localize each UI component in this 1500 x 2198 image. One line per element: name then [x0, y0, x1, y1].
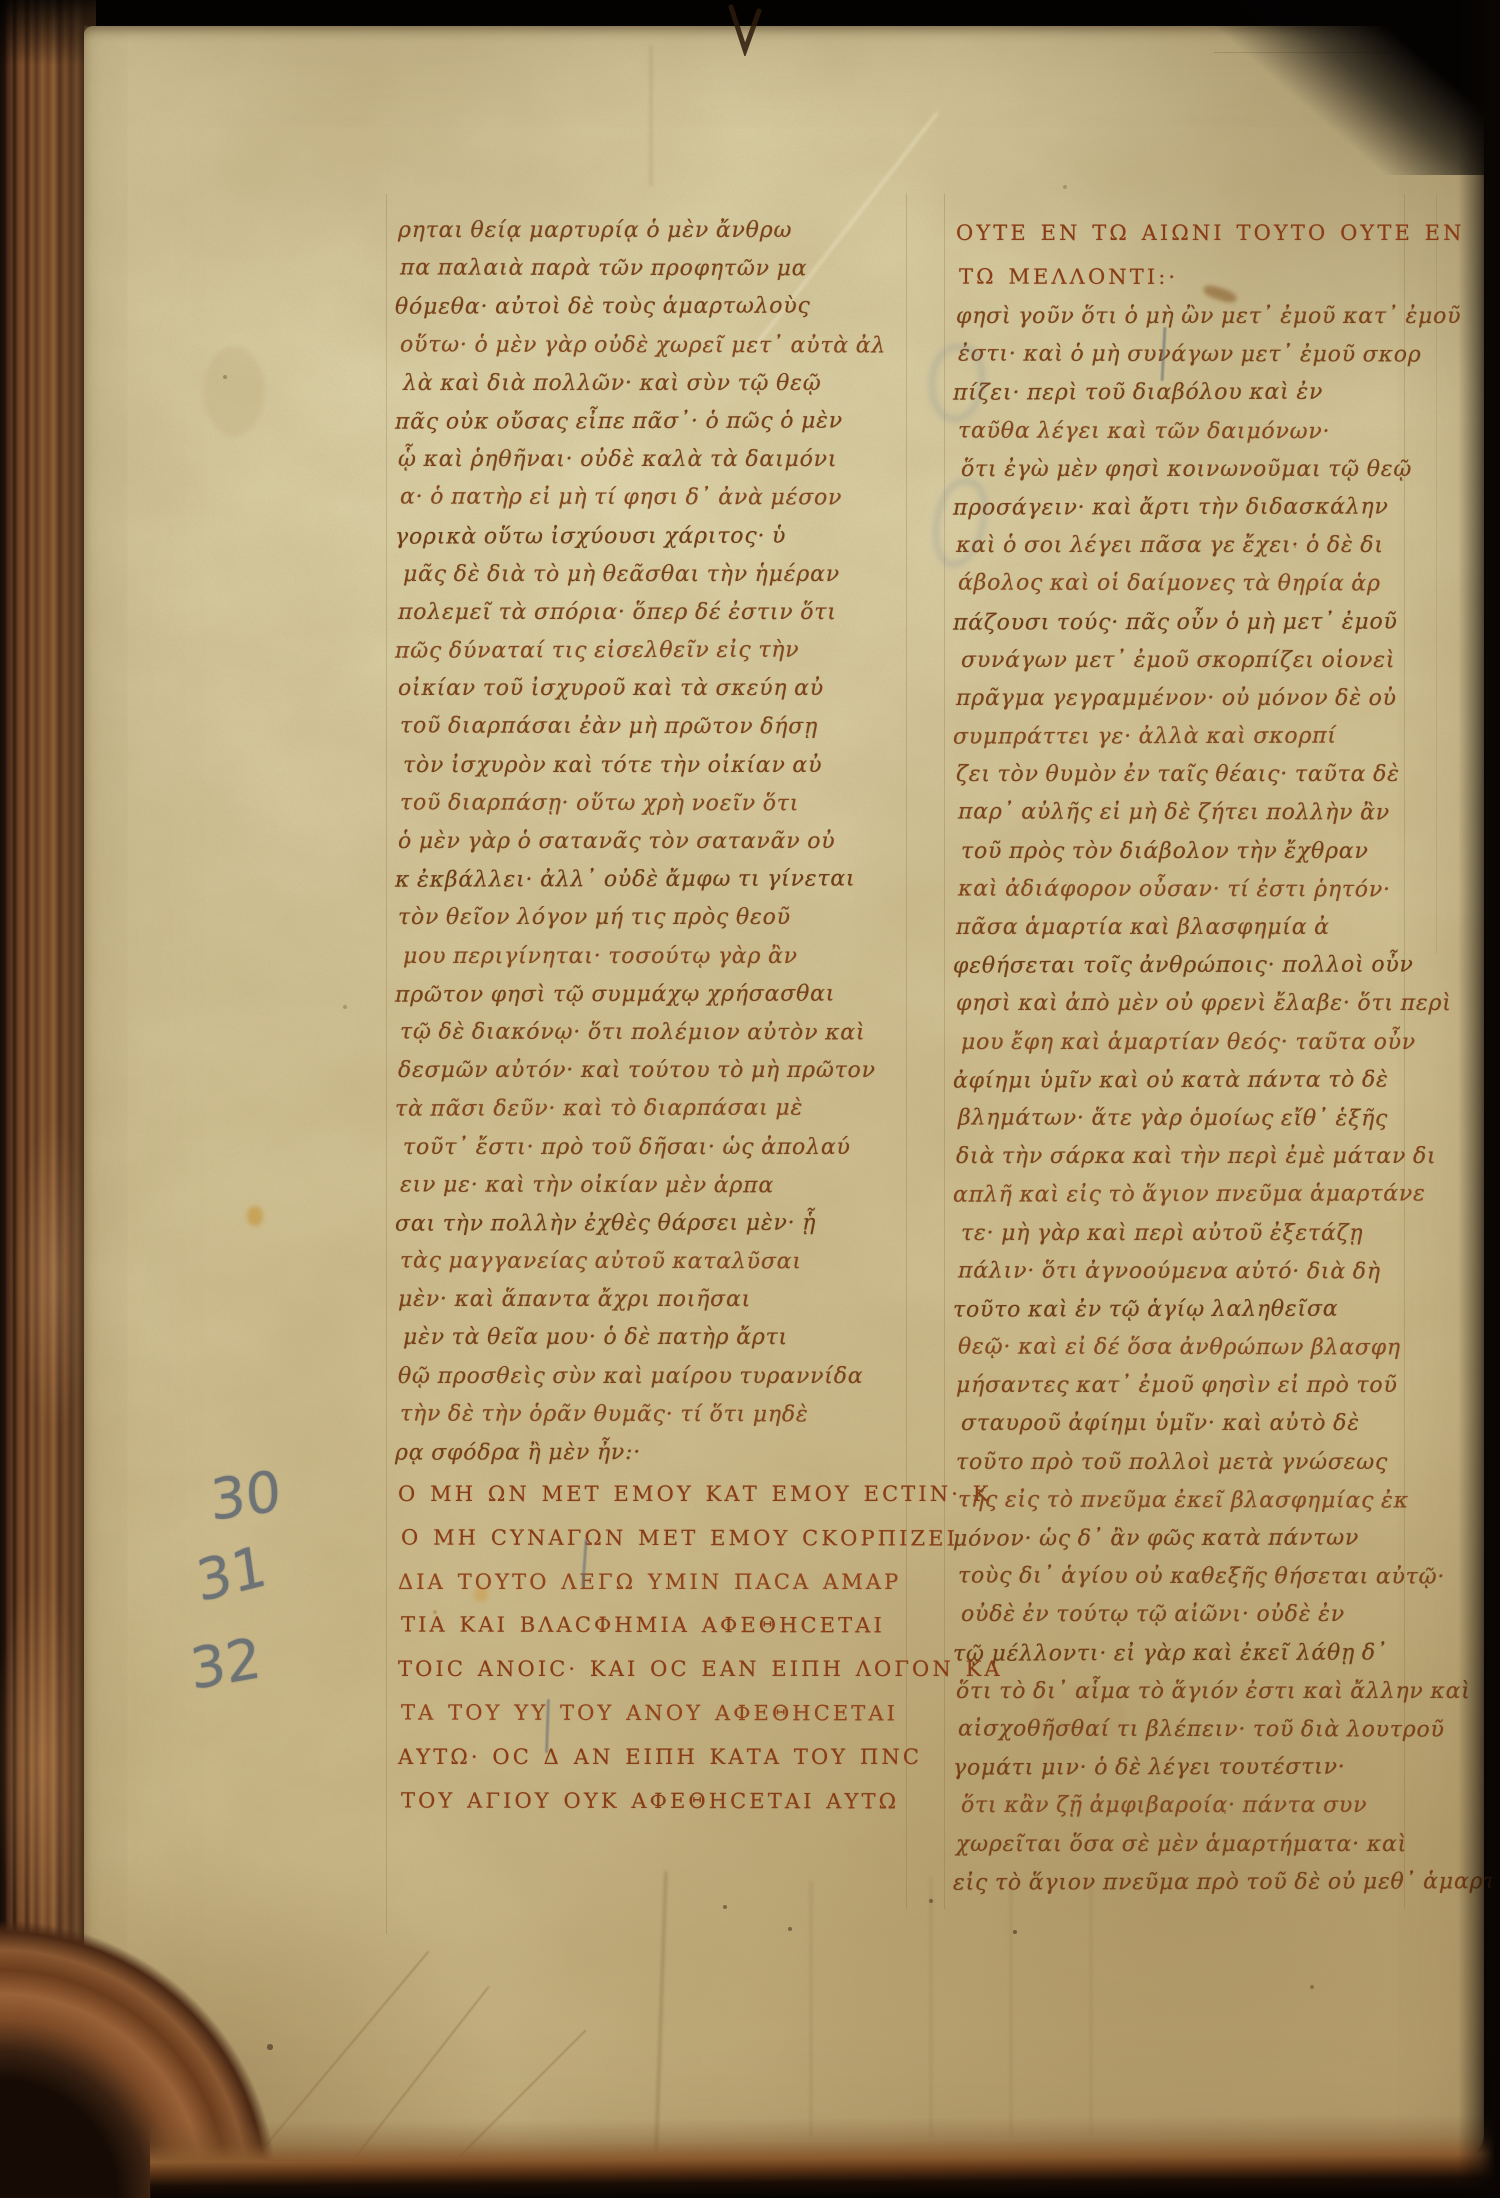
text-line: καὶ ὁ σοι λέγει πᾶσα γε ἔχει· ὁ δὲ δι: [956, 527, 1431, 565]
text-line: δεσμῶν αὐτόν· καὶ τούτου τὸ μὴ πρῶτον: [398, 1052, 903, 1090]
text-line: πρᾶγμα γεγραμμένον· οὐ μόνον δὲ οὐ: [956, 680, 1431, 718]
speck-spots: [84, 26, 86, 28]
text-line: ειν με· καὶ τὴν οἰκίαν μὲν ἁρπα: [400, 1166, 905, 1205]
text-line: πᾶς οὐκ οὔσας εἶπε πᾶσ᾽· ὁ πῶς ὁ μὲν: [395, 402, 900, 442]
text-line: παρ᾽ αὐλῆς εἰ μὴ δὲ ζήτει πολλὴν ἂν: [958, 794, 1433, 833]
text-line: ταῦθα λέγει καὶ τῶν δαιμόνων·: [958, 412, 1433, 451]
text-line: καὶ ἀδιάφορον οὖσαν· τί ἐστι ῥητόν·: [958, 870, 1433, 909]
text-line: ΔΙΑ ΤΟΥΤΟ ΛΕΓΩ ΥΜΙΝ ΠΑCΑ ΑΜΑΡ: [398, 1561, 918, 1605]
text-line: συμπράττει γε· ἀλλὰ καὶ σκορπί: [953, 717, 1428, 756]
text-line: τὰ πᾶσι δεῦν· καὶ τὸ διαρπάσαι μὲ: [395, 1090, 900, 1130]
text-line: ρᾳ σφόδρα ἢ μὲν ἦν:·: [395, 1433, 900, 1473]
text-line: ΤΙΑ ΚΑΙ ΒΛΑCΦΗΜΙΑ ΑΦΕΘΗCΕΤΑΙ: [401, 1604, 921, 1649]
text-line: πίζει· περὶ τοῦ διαβόλου καὶ ἐν: [953, 374, 1428, 413]
text-line: μὲν· καὶ ἅπαντα ἄχρι ποιῆσαι: [398, 1281, 903, 1319]
text-line: γορικὰ οὕτω ἰσχύουσι χάριτος· ὑ: [395, 517, 900, 557]
text-line: ΟΥΤΕ ΕΝ ΤΩ ΑΙΩΝΙ ΤΟΥΤΟ ΟΥΤΕ ΕΝ: [956, 212, 1436, 256]
text-line: ΤΩ ΜΕΛΛΟΝΤΙ:·: [959, 255, 1439, 300]
text-line: μου περιγίνηται· τοσούτῳ γὰρ ἂν: [403, 938, 908, 976]
text-line: ζει τὸν θυμὸν ἐν ταῖς θέαις· ταῦτα δὲ: [956, 756, 1431, 794]
text-line: α· ὁ πατὴρ εἰ μὴ τί φησι δ᾽ ἀνὰ μέσον: [400, 479, 905, 518]
text-line: ΤΟΙC ΑΝΟΙC· ΚΑΙ ΟC ΕΑΝ ΕΙΠΗ ΛΟΓΟΝ ΚΑ: [398, 1648, 918, 1692]
parchment-crease: [930, 1876, 932, 2136]
text-line: τῆς εἰς τὸ πνεῦμα ἐκεῖ βλασφημίας ἐκ: [958, 1481, 1433, 1520]
text-line: μήσαντες κατ᾽ ἐμοῦ φησὶν εἰ πρὸ τοῦ: [956, 1367, 1431, 1405]
verse-number-30: 30: [209, 1459, 283, 1534]
text-line: άβολος καὶ οἱ δαίμονες τὰ θηρία ἁρ: [958, 565, 1433, 604]
parchment-crease: [650, 46, 652, 186]
text-line: σαι τὴν πολλὴν ἐχθὲς θάρσει μὲν· ᾗ: [395, 1204, 900, 1244]
verse-number-32: 32: [187, 1626, 264, 1703]
text-line: φησὶ καὶ ἀπὸ μὲν οὐ φρενὶ ἔλαβε· ὅτι περ…: [956, 985, 1431, 1023]
text-line: τοῦτ᾽ ἔστι· πρὸ τοῦ δῆσαι· ὡς ἀπολαύ: [403, 1129, 908, 1167]
surface-scratch: [261, 1951, 430, 2151]
manuscript-page: ρηται θείᾳ μαρτυρίᾳ ὁ μὲν ἄνθρωπα παλαιὰ…: [84, 26, 1484, 2160]
text-line: θόμεθα· αὐτοὶ δὲ τοὺς ἁμαρτωλοὺς: [395, 288, 900, 328]
text-line: χωρεῖται ὅσα σὲ μὲν ἁμαρτήματα· καὶ: [956, 1826, 1431, 1864]
parchment-crease: [1090, 1881, 1092, 2136]
text-line: μόνον· ὡς δ᾽ ἂν φῶς κατὰ πάντων: [953, 1519, 1428, 1558]
v-shaped-ink-mark: [728, 4, 764, 56]
right-column-commentary: φησὶ γοῦν ὅτι ὁ μὴ ὢν μετ᾽ ἐμοῦ κατ᾽ ἐμο…: [956, 298, 1431, 1902]
text-line: ρηται θείᾳ μαρτυρίᾳ ὁ μὲν ἄνθρω: [398, 212, 903, 250]
manuscript-photograph: ρηται θείᾳ μαρτυρίᾳ ὁ μὲν ἄνθρωπα παλαιὰ…: [0, 0, 1500, 2198]
text-line: τὴν δὲ τὴν ὁρᾶν θυμᾶς· τί ὅτι μηδὲ: [400, 1395, 905, 1434]
text-line: διὰ τὴν σάρκα καὶ τὴν περὶ ἐμὲ μάταν δι: [956, 1138, 1431, 1176]
text-line: τε· μὴ γὰρ καὶ περὶ αὐτοῦ ἐξετάζῃ: [961, 1215, 1436, 1253]
verse-number-31: 31: [193, 1534, 271, 1616]
right-column-lemma: ΟΥΤΕ ΕΝ ΤΩ ΑΙΩΝΙ ΤΟΥΤΟ ΟΥΤΕ ΕΝΤΩ ΜΕΛΛΟΝΤ…: [956, 212, 1436, 300]
surface-scratch: [444, 2030, 587, 2173]
text-line: τοῦ διαρπάσαι ἐὰν μὴ πρῶτον δήσῃ: [400, 708, 905, 747]
text-line: πα παλαιὰ παρὰ τῶν προφητῶν μα: [400, 250, 905, 289]
text-line: τὸν ἰσχυρὸν καὶ τότε τὴν οἰκίαν αὐ: [403, 747, 908, 785]
text-line: μᾶς δὲ διὰ τὸ μὴ θεᾶσθαι τὴν ἡμέραν: [403, 556, 908, 594]
text-line: συνάγων μετ᾽ ἐμοῦ σκορπίζει οἱονεὶ: [961, 642, 1436, 680]
text-line: ΤΑ ΤΟΥ ΥΥ ΤΟΥ ΑΝΟΥ ΑΦΕΘΗCΕΤΑΙ: [401, 1692, 921, 1737]
text-line: ὁ μὲν γὰρ ὁ σατανᾶς τὸν σατανᾶν οὐ: [398, 823, 903, 861]
text-line: εἰς τὸ ἅγιον πνεῦμα πρὸ τοῦ δὲ οὐ μεθ᾽ ἁ…: [953, 1863, 1428, 1902]
text-line: πρῶτον φησὶ τῷ συμμάχῳ χρήσασθαι: [395, 975, 900, 1015]
text-line: κ ἐκβάλλει· ἀλλ᾽ οὐδὲ ἄμφω τι γίνεται: [395, 861, 900, 901]
text-line: Ο ΜΗ ΩΝ ΜΕΤ ΕΜΟΥ ΚΑΤ ΕΜΟΥ ΕCΤΙΝ· Κ: [398, 1473, 918, 1517]
text-line: οὕτω· ὁ μὲν γὰρ οὐδὲ χωρεῖ μετ᾽ αὐτὰ ἀλ: [400, 326, 905, 365]
text-line: θῷ προσθεὶς σὺν καὶ μαίρου τυραννίδα: [398, 1358, 903, 1396]
stain: [247, 1206, 263, 1226]
text-line: τῷ δὲ διακόνῳ· ὅτι πολέμιον αὐτὸν καὶ: [400, 1013, 905, 1052]
text-line: οἰκίαν τοῦ ἰσχυροῦ καὶ τὰ σκεύη αὐ: [398, 670, 903, 708]
parchment-crease: [1010, 1886, 1012, 2136]
text-line: απλῆ καὶ εἰς τὸ ἅγιον πνεῦμα ἁμαρτάνε: [953, 1176, 1428, 1215]
ruling-line: [944, 194, 945, 1909]
text-line: ΑΥΤΩ· ΟC Δ ΑΝ ΕΙΠΗ ΚΑΤΑ ΤΟΥ ΠΝC: [398, 1736, 918, 1780]
text-line: πᾶσα ἁμαρτία καὶ βλασφημία ἀ: [956, 909, 1431, 947]
text-line: αἰσχοθῆσθαί τι βλέπειν· τοῦ διὰ λουτροῦ: [958, 1710, 1433, 1749]
text-line: ΤΟΥ ΑΓΙΟΥ ΟΥΚ ΑΦΕΘΗCΕΤΑΙ ΑΥΤΩ: [401, 1779, 921, 1824]
text-line: Ο ΜΗ CΥΝΑΓΩΝ ΜΕΤ ΕΜΟΥ CΚΟΡΠΙΖΕΙ: [401, 1516, 921, 1561]
text-line: ὅτι τὸ δι᾽ αἷμα τὸ ἅγιόν ἐστι καὶ ἄλλην …: [956, 1673, 1431, 1711]
text-line: τοῦ διαρπάσῃ· οὕτω χρὴ νοεῖν ὅτι: [400, 784, 905, 823]
text-line: τοῦ πρὸς τὸν διάβολον τὴν ἔχθραν: [961, 833, 1436, 871]
text-line: πολεμεῖ τὰ σπόρια· ὅπερ δέ ἐστιν ὅτι: [398, 594, 903, 632]
text-line: ὅτι ἐγὼ μὲν φησὶ κοινωνοῦμαι τῷ θεῷ: [961, 451, 1436, 489]
text-line: θεῷ· καὶ εἰ δέ ὅσα ἀνθρώπων βλασφη: [958, 1329, 1433, 1368]
text-line: ἐστι· καὶ ὁ μὴ συνάγων μετ᾽ ἐμοῦ σκορ: [958, 336, 1433, 375]
text-line: τῷ μέλλοντι· εἰ γὰρ καὶ ἐκεῖ λάθῃ δ᾽: [953, 1634, 1428, 1673]
text-line: προσάγειν· καὶ ἄρτι τὴν διδασκάλην: [953, 488, 1428, 527]
text-line: τοὺς δι᾽ ἁγίου οὐ καθεξῆς θήσεται αὐτῷ·: [958, 1558, 1433, 1597]
text-line: βλημάτων· ἅτε γὰρ ὁμοίως εἴθ᾽ ἑξῆς: [958, 1099, 1433, 1138]
text-line: μου ἔφη καὶ ἁμαρτίαν θεός· ταῦτα οὖν: [961, 1024, 1436, 1062]
left-column-commentary: ρηται θείᾳ μαρτυρίᾳ ὁ μὲν ἄνθρωπα παλαιὰ…: [398, 212, 903, 1472]
parchment-crease: [655, 1871, 667, 2151]
text-line: πῶς δύναταί τις εἰσελθεῖν εἰς τὴν: [395, 631, 900, 671]
text-line: σταυροῦ ἀφίημι ὑμῖν· καὶ αὐτὸ δὲ: [961, 1405, 1436, 1443]
left-column-lemma: Ο ΜΗ ΩΝ ΜΕΤ ΕΜΟΥ ΚΑΤ ΕΜΟΥ ΕCΤΙΝ· ΚΟ ΜΗ C…: [398, 1473, 918, 1823]
text-line: ὅτι κἂν ζῇ ἀμφιβαροία· πάντα συν: [961, 1787, 1436, 1825]
ruling-line: [1214, 52, 1476, 53]
text-line: πάζουσι τούς· πᾶς οὖν ὁ μὴ μετ᾽ ἐμοῦ: [953, 603, 1428, 642]
text-line: οὐδὲ ἐν τούτῳ τῷ αἰῶνι· οὐδὲ ἐν: [961, 1596, 1436, 1634]
text-line: γομάτι μιν· ὁ δὲ λέγει τουτέστιν·: [953, 1749, 1428, 1788]
parchment-crease: [810, 1881, 812, 2136]
text-line: λὰ καὶ διὰ πολλῶν· καὶ σὺν τῷ θεῷ: [403, 365, 908, 403]
text-line: τοῦτο πρὸ τοῦ πολλοὶ μετὰ γνώσεως: [956, 1444, 1431, 1482]
text-line: τὰς μαγγανείας αὐτοῦ καταλῦσαι: [400, 1243, 905, 1282]
book-binding-edge: [0, 0, 96, 2198]
text-line: φεθήσεται τοῖς ἀνθρώποις· πολλοὶ οὖν: [953, 947, 1428, 986]
text-line: τὸν θεῖον λόγον μή τις πρὸς θεοῦ: [398, 899, 903, 937]
text-line: φησὶ γοῦν ὅτι ὁ μὴ ὢν μετ᾽ ἐμοῦ κατ᾽ ἐμο…: [956, 298, 1431, 336]
text-line: ἀφίημι ὑμῖν καὶ οὐ κατὰ πάντα τὸ δὲ: [953, 1061, 1428, 1100]
text-line: τοῦτο καὶ ἐν τῷ ἁγίῳ λαληθεῖσα: [953, 1290, 1428, 1329]
text-line: ᾧ καὶ ῥηθῆναι· οὐδὲ καλὰ τὰ δαιμόνι: [398, 441, 903, 479]
text-line: μὲν τὰ θεῖα μου· ὁ δὲ πατὴρ ἄρτι: [403, 1319, 908, 1357]
stain: [204, 346, 264, 436]
text-line: πάλιν· ὅτι ἀγνοούμενα αὐτό· διὰ δὴ: [958, 1252, 1433, 1291]
ruling-line: [386, 194, 387, 1934]
